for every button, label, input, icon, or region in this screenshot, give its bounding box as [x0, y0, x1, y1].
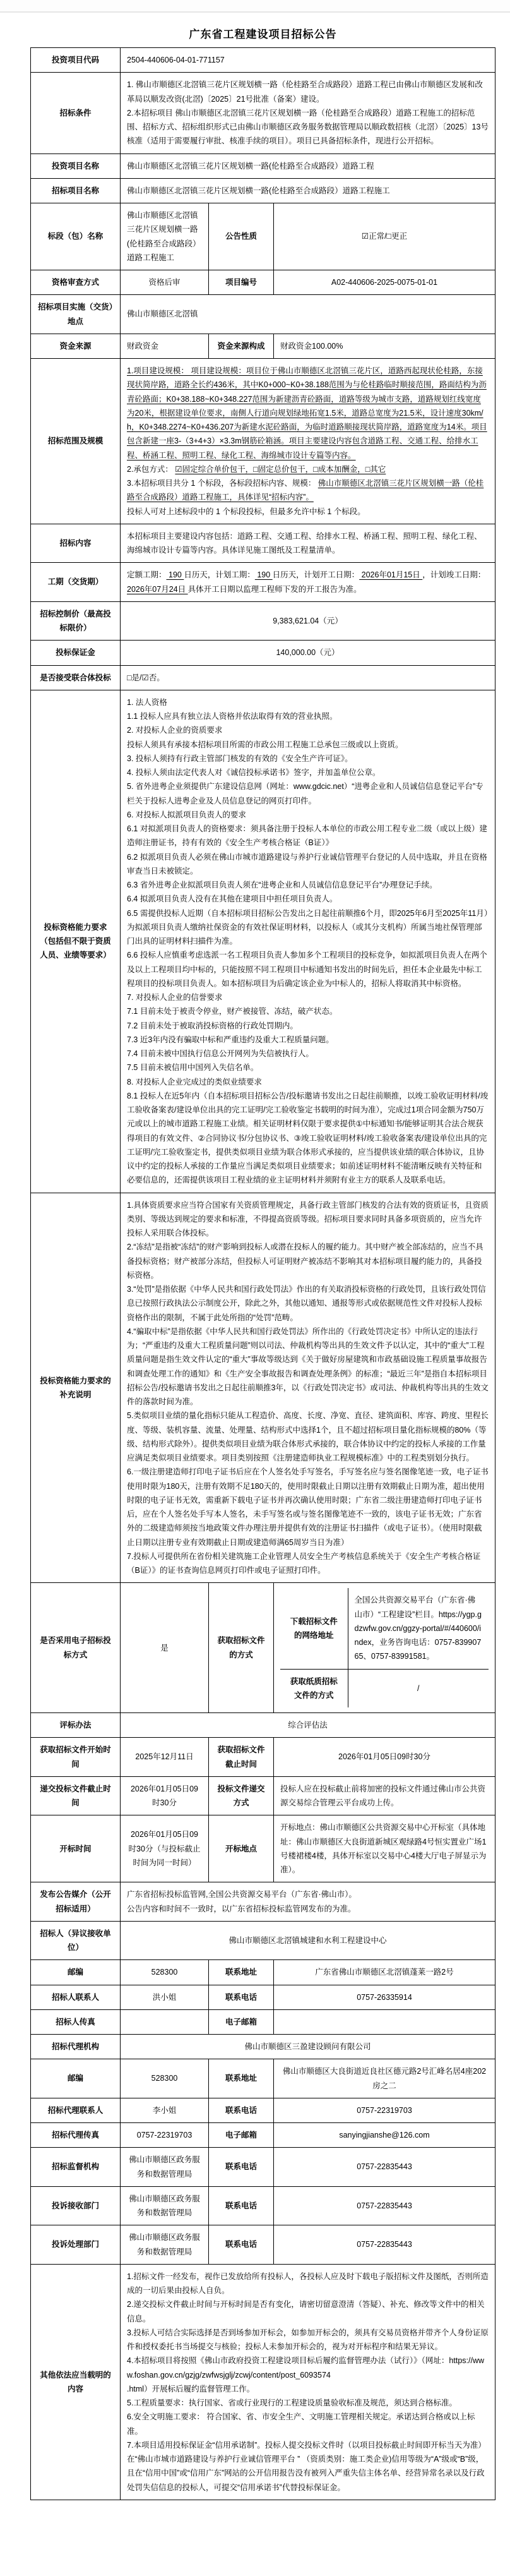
row-agency: 招标代理机构 佛山市顺德区三盈建设顾问有限公司 — [31, 2035, 495, 2059]
text-span: ，计划竣工日期： — [422, 570, 485, 579]
label-tenderer-fax: 招标人传真 — [31, 2009, 121, 2034]
doc-obtain-method-subtable: 下载招标文件的网络地址 全国公共资源交易平台（广东省·佛山市）“工程建设”栏目。… — [280, 1588, 489, 1707]
label-agency-fax: 招标代理传真 — [31, 2123, 121, 2148]
value-agency-postcode: 528300 — [121, 2059, 209, 2098]
value-tenderer-address: 广东省佛山市顺德区北滘镇蓬莱一路2号 — [274, 1960, 495, 1985]
value-investment-project-name: 佛山市顺德区北滘镇三花片区规划横一路(伦桂路至合成路段）道路工程 — [121, 153, 495, 178]
label-paper-method: 获取纸质招标文件的方式 — [280, 1669, 348, 1707]
value-agency-fax: 0757-22319703 — [121, 2123, 209, 2148]
label-consortium: 是否接受联合体投标 — [31, 665, 121, 690]
label-tender-conditions: 招标条件 — [31, 73, 121, 153]
label-investment-project-name: 投资项目名称 — [31, 153, 121, 178]
text-span: 日历天，计划开工日期： — [273, 570, 360, 579]
text-span: 定额工期： — [127, 570, 167, 579]
label-tenderer: 招标人（异议接收单位） — [31, 1921, 121, 1960]
value-fund-composition: 财政资金100.00% — [274, 334, 495, 358]
label-project-number: 项目编号 — [209, 270, 274, 295]
value-tender-conditions: 1. 佛山市顺德区北滘镇三花片区规划横一路（伦桂路至合成路段）道路工程已由佛山市… — [121, 73, 495, 153]
label-submit-deadline: 递交投标文件截止时间 — [31, 1776, 121, 1815]
text-span: 具体开工日期以监理工程师下发的开工报告为准。 — [188, 585, 362, 594]
label-section-name: 标段（包）名称 — [31, 203, 121, 270]
text-span: 日历天，计划工期： — [184, 570, 255, 579]
row-tenderer-contact: 招标人联系人 洪小姐 联系电话 0757-26335914 — [31, 1985, 495, 2009]
label-doc-end-time: 获取招标文件截止时间 — [209, 1738, 274, 1777]
row-tenderer-postcode: 邮编 528300 联系地址 广东省佛山市顺德区北滘镇蓬莱一路2号 — [31, 1960, 495, 1985]
label-agency-address: 联系地址 — [209, 2059, 274, 2098]
value-tenderer-fax — [121, 2009, 209, 2034]
row-qualification-supplement: 投标资格能力要求的补充说明 1.具体资质要求应当符合国家有关资质管理规定，具备行… — [31, 1193, 495, 1583]
row-project-code: 投资项目代码 2504-440606-04-01-771157 — [31, 48, 495, 73]
row-complaint-handling: 投诉处理部门 佛山市顺德区政务服务和数据管理局 联系电话 0757-228354… — [31, 2225, 495, 2265]
value-supervisor: 佛山市顺德区政务服务和数据管理局 — [121, 2148, 209, 2187]
label-agency: 招标代理机构 — [31, 2035, 121, 2059]
scope-paragraph-bid-limit: 投标人可对上述标段中的 1 个标段投标，但最多允许中标 1 个标段。 — [127, 505, 489, 519]
row-tenderer: 招标人（异议接收单位） 佛山市顺德区北滘镇城建和水利工程建设中心 — [31, 1921, 495, 1960]
duration-finish-date: 2026年07月24日 — [127, 585, 188, 594]
value-section-name: 佛山市顺德区北滘镇三花片区规划横一路(伦桂路至合成路段）道路工程施工 — [121, 203, 209, 270]
row-electronic-bidding: 是否采用电子招标投标方式 是 获取招标文件的方式 下载招标文件的网络地址 全国公… — [31, 1583, 495, 1713]
row-fund-source: 资金来源 财政资金 资金来源构成 财政资金100.00% — [31, 334, 495, 358]
row-agency-contact: 招标代理联系人 李小姐 联系电话 0757-22319703 — [31, 2098, 495, 2122]
value-duration: 定额工期： 190 日历天，计划工期： 190 日历天，计划开工日期： 2026… — [121, 563, 495, 602]
announcement-table: 投资项目代码 2504-440606-04-01-771157 招标条件 1. … — [30, 47, 495, 2500]
row-agency-fax: 招标代理传真 0757-22319703 电子邮箱 sanyingjianshe… — [31, 2123, 495, 2148]
row-bid-bond: 投标保证金 140,000.00（元） — [31, 641, 495, 665]
duration-plan-days: 190 — [255, 570, 273, 579]
label-qualification-requirements: 投标资格能力要求（包括但不限于资质人员、业绩等要求） — [31, 690, 121, 1193]
value-doc-start-time: 2025年12月11日 — [121, 1738, 209, 1777]
value-agency-address: 佛山市顺德区大良街道近良社区德元路2号汇峰名居4座202房之二 — [274, 2059, 495, 2098]
label-control-price: 招标控制价（最高投标限价） — [31, 601, 121, 641]
text-span: 3.本招标项目共分 1 个标段，各标段招标内容、规模： — [127, 479, 318, 488]
value-opening-time: 2026年01月05日09时30分（与投标截止时间为同一时间） — [121, 1815, 209, 1882]
label-fund-composition: 资金来源构成 — [209, 334, 274, 358]
label-opening-place: 开标地点 — [209, 1815, 274, 1882]
label-tender-content: 招标内容 — [31, 524, 121, 563]
label-supervisor: 招标监督机构 — [31, 2148, 121, 2187]
row-tender-project-name: 招标项目名称 佛山市顺德区北滘镇三花片区规划横一路(伦桂路至合成路段）道路工程施… — [31, 178, 495, 203]
value-complaint-receiving-phone: 0757-22835443 — [274, 2186, 495, 2225]
label-evaluation-method: 评标办法 — [31, 1713, 121, 1738]
label-agency-contact: 招标代理联系人 — [31, 2098, 121, 2122]
row-agency-postcode: 邮编 528300 联系地址 佛山市顺德区大良街道近良社区德元路2号汇峰名居4座… — [31, 2059, 495, 2098]
scope-paragraph-scale: 1.项目建设规模： 项目建设规模：项目位于佛山市顺德区北滘镇三花片区，道路西起现… — [127, 364, 489, 462]
value-doc-end-time: 2026年01月05日09时30分 — [274, 1738, 495, 1777]
label-delivery-location: 招标项目实施（交货）地点 — [31, 295, 121, 334]
label-tenderer-address: 联系地址 — [209, 1960, 274, 1985]
value-complaint-receiving: 佛山市顺德区政务服务和数据管理局 — [121, 2186, 209, 2225]
row-control-price: 招标控制价（最高投标限价） 9,383,621.04（元） — [31, 601, 495, 641]
row-duration: 工期（交货期） 定额工期： 190 日历天，计划工期： 190 日历天，计划开工… — [31, 563, 495, 602]
value-tenderer-email — [274, 2009, 495, 2034]
row-other-required-content: 其他依法应当载明的内容 1.招标文件一经发布，视作已发放给所有投标人，各投标人应… — [31, 2264, 495, 2500]
scope-paragraph-sections: 3.本招标项目共分 1 个标段，各标段招标内容、规模： 佛山市顺德区北滘镇三花片… — [127, 476, 489, 505]
scope-paragraph-contract-mode: 2.承包方式： ☑固定综合单价包干，□固定总价包干，□成本加酬金，□其它 — [127, 462, 489, 476]
label-other-required-content: 其他依法应当载明的内容 — [31, 2264, 121, 2500]
label-bid-bond: 投标保证金 — [31, 641, 121, 665]
label-download-address: 下载招标文件的网络地址 — [280, 1588, 348, 1669]
label-opening-time: 开标时间 — [31, 1815, 121, 1882]
label-tender-project-name: 招标项目名称 — [31, 178, 121, 203]
value-project-code: 2504-440606-04-01-771157 — [121, 48, 495, 73]
value-evaluation-method: 综合评估法 — [121, 1713, 495, 1738]
value-other-required-content: 1.招标文件一经发布，视作已发放给所有投标人，各投标人应及时下载电子版招标文件及… — [121, 2264, 495, 2500]
value-consortium-checkboxes: □是/☑否。 — [121, 665, 495, 690]
label-tenderer-postcode: 邮编 — [31, 1960, 121, 1985]
label-submit-method: 投标文件递交方式 — [209, 1776, 274, 1815]
value-notice-nature-checkboxes: ☑正常/□更正 — [274, 203, 495, 270]
subrow-paper-method: 获取纸质招标文件的方式 / — [280, 1669, 489, 1707]
label-tenderer-email: 电子邮箱 — [209, 2009, 274, 2034]
announcement-document: 广东省工程建设项目招标公告 投资项目代码 2504-440606-04-01-7… — [0, 13, 510, 2576]
label-complaint-handling-phone: 联系电话 — [209, 2225, 274, 2265]
label-doc-obtain-method: 获取招标文件的方式 — [209, 1583, 274, 1713]
value-agency-email: sanyingjianshe@126.com — [274, 2123, 495, 2148]
row-tenderer-fax: 招标人传真 电子邮箱 — [31, 2009, 495, 2034]
row-delivery-location: 招标项目实施（交货）地点 佛山市顺德区北滘镇 — [31, 295, 495, 334]
value-delivery-location: 佛山市顺德区北滘镇 — [121, 295, 495, 334]
subrow-download-address: 下载招标文件的网络地址 全国公共资源交易平台（广东省·佛山市）“工程建设”栏目。… — [280, 1588, 489, 1669]
label-qualification-supplement: 投标资格能力要求的补充说明 — [31, 1193, 121, 1583]
label-supervisor-phone: 联系电话 — [209, 2148, 274, 2187]
row-tender-scope: 招标范围及规模 1.项目建设规模： 项目建设规模：项目位于佛山市顺德区北滘镇三花… — [31, 359, 495, 524]
doc-obtain-method-cell: 下载招标文件的网络地址 全国公共资源交易平台（广东省·佛山市）“工程建设”栏目。… — [274, 1583, 495, 1713]
label-tenderer-contact: 招标人联系人 — [31, 1985, 121, 2009]
value-tender-scope: 1.项目建设规模： 项目建设规模：项目位于佛山市顺德区北滘镇三花片区，道路西起现… — [121, 359, 495, 524]
duration-quota-days: 190 — [167, 570, 184, 579]
value-complaint-handling: 佛山市顺德区政务服务和数据管理局 — [121, 2225, 209, 2265]
value-agency-contact: 李小姐 — [121, 2098, 209, 2122]
value-project-number: A02-440606-2025-0075-01-01 — [274, 270, 495, 295]
value-fund-source: 财政资金 — [121, 334, 209, 358]
row-consortium: 是否接受联合体投标 □是/☑否。 — [31, 665, 495, 690]
label-agency-email: 电子邮箱 — [209, 2123, 274, 2148]
value-supervisor-phone: 0757-22835443 — [274, 2148, 495, 2187]
value-tenderer: 佛山市顺德区北滘镇城建和水利工程建设中心 — [121, 1921, 495, 1960]
row-evaluation-method: 评标办法 综合评估法 — [31, 1713, 495, 1738]
value-tender-content: 本招标项目主要建设内容包括：道路工程、交通工程、给排水工程、桥涵工程、照明工程、… — [121, 524, 495, 563]
row-tender-content: 招标内容 本招标项目主要建设内容包括：道路工程、交通工程、给排水工程、桥涵工程、… — [31, 524, 495, 563]
label-duration: 工期（交货期） — [31, 563, 121, 602]
duration-start-date: 2026年01月15日 — [359, 570, 422, 579]
value-tenderer-contact: 洪小姐 — [121, 1985, 209, 2009]
row-qualification-requirements: 投标资格能力要求（包括但不限于资质人员、业绩等要求） 1. 法人资格 1.1 投… — [31, 690, 495, 1193]
label-complaint-receiving: 投诉接收部门 — [31, 2186, 121, 2225]
value-opening-place: 开标地点：佛山市顺德区公共资源交易中心开标室（具体地址：佛山市顺德区大良街道新城… — [274, 1815, 495, 1882]
label-notice-nature: 公告性质 — [209, 203, 274, 270]
label-complaint-receiving-phone: 联系电话 — [209, 2186, 274, 2225]
row-supervisor: 招标监督机构 佛山市顺德区政务服务和数据管理局 联系电话 0757-228354… — [31, 2148, 495, 2187]
label-tender-scope: 招标范围及规模 — [31, 359, 121, 524]
label-agency-postcode: 邮编 — [31, 2059, 121, 2098]
label-tenderer-phone: 联系电话 — [209, 1985, 274, 2009]
row-section-name: 标段（包）名称 佛山市顺德区北滘镇三花片区规划横一路(伦桂路至合成路段）道路工程… — [31, 203, 495, 270]
value-paper-method: / — [348, 1669, 489, 1707]
value-agency-phone: 0757-22319703 — [274, 2098, 495, 2122]
text-span: 2.承包方式： — [127, 465, 175, 474]
value-control-price: 9,383,621.04（元） — [121, 601, 495, 641]
value-submit-deadline: 2026年01月05日09时30分 — [121, 1776, 209, 1815]
value-tenderer-postcode: 528300 — [121, 1960, 209, 1985]
row-submit-deadline: 递交投标文件截止时间 2026年01月05日09时30分 投标文件递交方式 投标… — [31, 1776, 495, 1815]
label-complaint-handling: 投诉处理部门 — [31, 2225, 121, 2265]
value-complaint-handling-phone: 0757-22835443 — [274, 2225, 495, 2265]
value-qualification-requirements: 1. 法人资格 1.1 投标人应具有独立法人资格并依法取得有效的营业执照。 2.… — [121, 690, 495, 1193]
label-qualification-method: 资格审查方式 — [31, 270, 121, 295]
row-qualification-method: 资格审查方式 资格后审 项目编号 A02-440606-2025-0075-01… — [31, 270, 495, 295]
value-qualification-method: 资格后审 — [121, 270, 209, 295]
page-title: 广东省工程建设项目招标公告 — [30, 25, 495, 41]
label-project-code: 投资项目代码 — [31, 48, 121, 73]
label-electronic-bidding: 是否采用电子招标投标方式 — [31, 1583, 121, 1713]
value-publish-media: 广东省招标投标监管网,全国公共资源交易平台（广东省·佛山市）。 公告内容和时间不… — [121, 1882, 495, 1922]
row-bid-opening: 开标时间 2026年01月05日09时30分（与投标截止时间为同一时间） 开标地… — [31, 1815, 495, 1882]
row-tender-conditions: 招标条件 1. 佛山市顺德区北滘镇三花片区规划横一路（伦桂路至合成路段）道路工程… — [31, 73, 495, 153]
value-bid-bond: 140,000.00（元） — [121, 641, 495, 665]
label-publish-media: 发布公告媒介（公开招标适用） — [31, 1882, 121, 1922]
contract-mode-checkboxes: ☑固定综合单价包干，□固定总价包干，□成本加酬金，□其它 — [175, 465, 386, 474]
value-tender-project-name: 佛山市顺德区北滘镇三花片区规划横一路(伦桂路至合成路段）道路工程施工 — [121, 178, 495, 203]
value-download-address: 全国公共资源交易平台（广东省·佛山市）“工程建设”栏目。https://ygp.… — [348, 1588, 489, 1669]
label-fund-source: 资金来源 — [31, 334, 121, 358]
row-publish-media: 发布公告媒介（公开招标适用） 广东省招标投标监管网,全国公共资源交易平台（广东省… — [31, 1882, 495, 1922]
row-complaint-receiving: 投诉接收部门 佛山市顺德区政务服务和数据管理局 联系电话 0757-228354… — [31, 2186, 495, 2225]
value-tenderer-phone: 0757-26335914 — [274, 1985, 495, 2009]
value-qualification-supplement: 1.具体资质要求应当符合国家有关资质管理规定，具备行政主管部门核发的合法有效的资… — [121, 1193, 495, 1583]
value-agency: 佛山市顺德区三盈建设顾问有限公司 — [121, 2035, 495, 2059]
row-investment-project-name: 投资项目名称 佛山市顺德区北滘镇三花片区规划横一路(伦桂路至合成路段）道路工程 — [31, 153, 495, 178]
value-submit-method: 投标人应在投标截止前将加密的投标文件通过佛山市公共资源交易综合管理云平台成功上传… — [274, 1776, 495, 1815]
row-doc-obtain-time: 获取招标文件开始时间 2025年12月11日 获取招标文件截止时间 2026年0… — [31, 1738, 495, 1777]
label-doc-start-time: 获取招标文件开始时间 — [31, 1738, 121, 1777]
label-agency-phone: 联系电话 — [209, 2098, 274, 2122]
value-electronic-bidding: 是 — [121, 1583, 209, 1713]
